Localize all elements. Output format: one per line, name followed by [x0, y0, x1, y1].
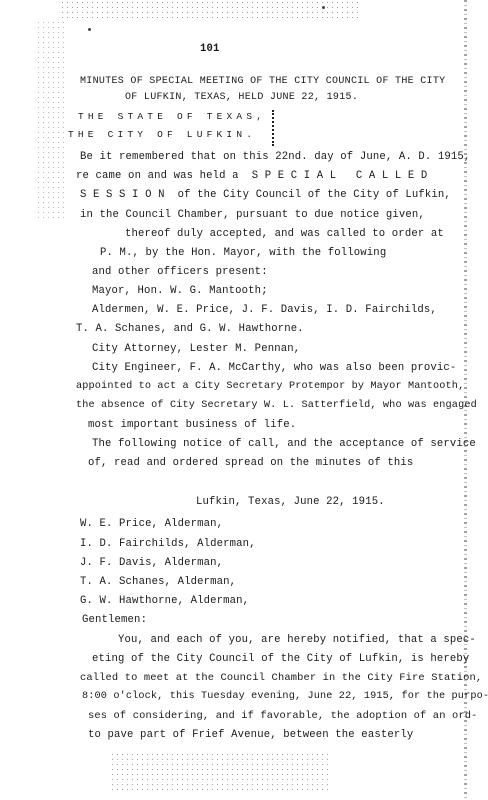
speck [88, 28, 91, 31]
addressee: T. A. Schanes, Alderman, [80, 576, 236, 588]
body-line: Aldermen, W. E. Price, J. F. Davis, I. D… [92, 304, 437, 316]
notice-line: eting of the City Council of the City of… [92, 653, 469, 665]
page-number: 101 [200, 43, 220, 55]
body-line: S E S S I O N of the City Council of the… [80, 189, 451, 201]
addressee: W. E. Price, Alderman, [80, 518, 223, 530]
body-line: thereof duly accepted, and was called to… [125, 228, 444, 240]
body-line: most important business of life. [88, 419, 296, 431]
body-line: City Attorney, Lester M. Pennan, [92, 343, 300, 355]
body-line: P. M., by the Hon. Mayor, with the follo… [100, 247, 386, 259]
scanned-document-page: 101 MINUTES OF SPECIAL MEETING OF THE CI… [0, 0, 488, 800]
body-line: re came on and was held a S P E C I A L … [76, 170, 427, 182]
body-line: the absence of City Secretary W. L. Satt… [76, 400, 477, 412]
salutation: Gentlemen: [82, 614, 147, 626]
body-line: City Engineer, F. A. McCarthy, who was a… [92, 362, 456, 374]
scan-noise-top [60, 0, 360, 20]
notice-line: called to meet at the Council Chamber in… [80, 672, 482, 684]
scan-noise-bottom [110, 752, 330, 792]
addressee: J. F. Davis, Alderman, [80, 557, 223, 569]
notice-line: You, and each of you, are hereby notifie… [118, 634, 476, 646]
body-line: in the Council Chamber, pursuant to due … [80, 209, 425, 221]
body-line: Mayor, Hon. W. G. Mantooth; [92, 285, 268, 297]
title-line-2: OF LUFKIN, TEXAS, HELD JUNE 22, 1915. [125, 92, 358, 104]
body-line: and other officers present: [92, 266, 268, 278]
caption-city: THE CITY OF LUFKIN. [68, 129, 256, 141]
body-line: Be it remembered that on this 22nd. day … [80, 151, 470, 163]
speck [322, 6, 325, 9]
title-line-1: MINUTES OF SPECIAL MEETING OF THE CITY C… [80, 76, 445, 88]
caption-bracket [272, 110, 277, 146]
body-line: of, read and ordered spread on the minut… [88, 457, 413, 469]
body-line: The following notice of call, and the ac… [92, 438, 476, 450]
caption-state: THE STATE OF TEXAS, [78, 111, 266, 123]
letter-date: Lufkin, Texas, June 22, 1915. [196, 496, 385, 508]
scan-noise-left [36, 20, 64, 220]
notice-line: to pave part of Frief Avenue, between th… [88, 729, 413, 741]
notice-line: ses of considering, and if favorable, th… [88, 710, 478, 722]
notice-line: 8:00 o'clock, this Tuesday evening, June… [82, 691, 488, 703]
body-line: appointed to act a City Secretary Protem… [76, 381, 464, 393]
addressee: I. D. Fairchilds, Alderman, [80, 538, 256, 550]
addressee: G. W. Hawthorne, Alderman, [80, 595, 249, 607]
body-line: T. A. Schanes, and G. W. Hawthorne. [76, 323, 304, 335]
